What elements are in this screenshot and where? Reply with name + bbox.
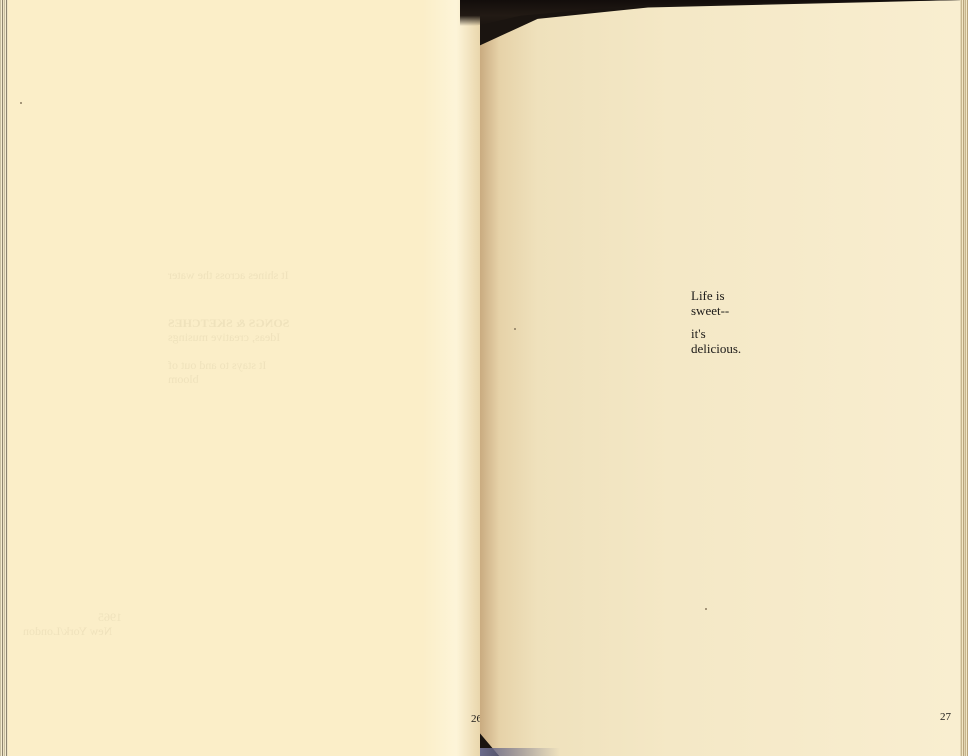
show-through-text: It shines across the water <box>168 268 289 282</box>
poem-line: delicious. <box>691 342 741 357</box>
poem-line: it's <box>691 327 741 342</box>
right-page <box>480 0 960 756</box>
paper-speck <box>514 328 516 330</box>
poem-stanza: it's delicious. <box>691 327 741 356</box>
show-through-text: It stays to and out of <box>168 358 266 372</box>
poem-line: Life is <box>691 289 741 304</box>
poem: Life is sweet-- it's delicious. <box>691 289 741 365</box>
bottom-shadow <box>480 748 560 756</box>
show-through-text: SONGS & SKETCHES <box>168 316 289 330</box>
page-number-right: 27 <box>940 711 951 723</box>
page-edges-right <box>960 0 968 756</box>
paper-speck <box>705 608 707 610</box>
poem-stanza: Life is sweet-- <box>691 289 741 318</box>
show-through-text: bloom <box>168 372 199 386</box>
show-through-text: 1965 <box>98 610 122 624</box>
page-edges-left <box>0 0 8 756</box>
left-page: It shines across the water SONGS & SKETC… <box>8 0 480 756</box>
poem-line: sweet-- <box>691 304 741 319</box>
book-spread: It shines across the water SONGS & SKETC… <box>0 0 968 756</box>
paper-speck <box>20 102 22 104</box>
show-through-text: New York/London <box>23 624 112 638</box>
show-through-text: Ideas, creative musings <box>168 330 280 344</box>
